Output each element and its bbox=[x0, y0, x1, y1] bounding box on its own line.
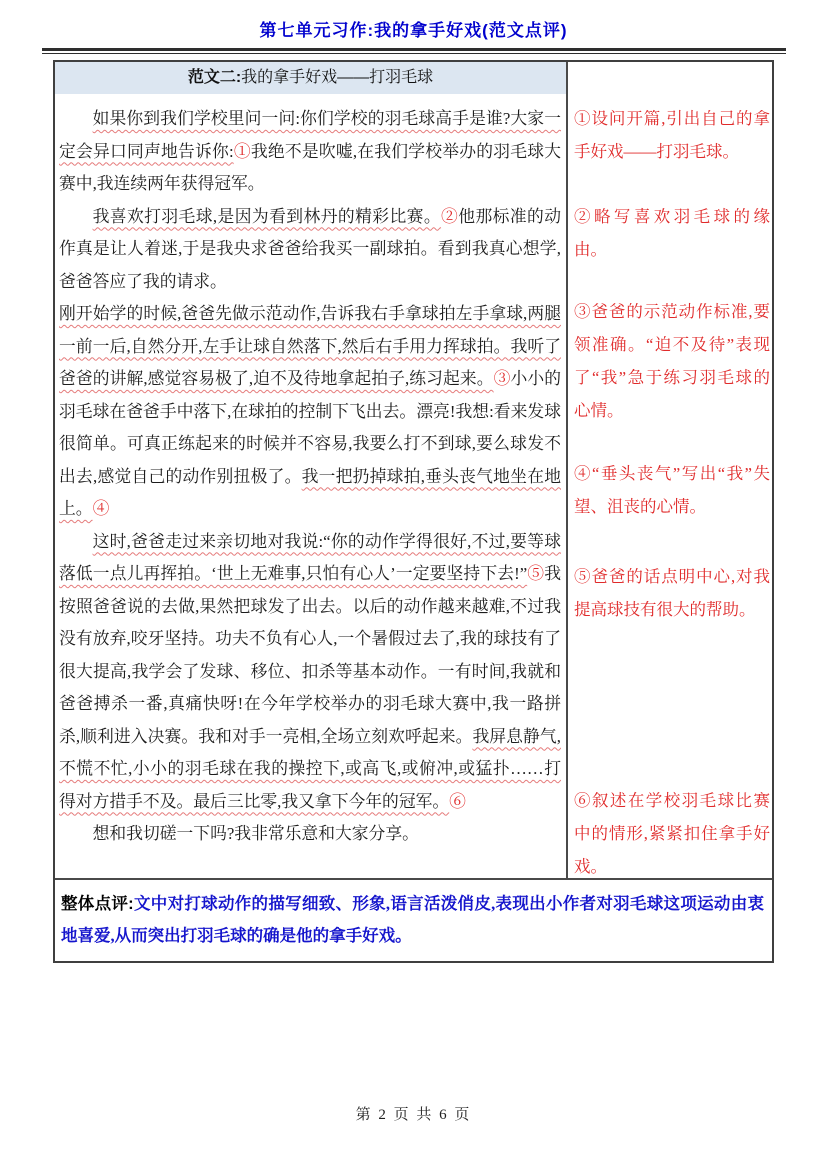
essay-title: 范文二:我的拿手好戏——打羽毛球 bbox=[55, 62, 566, 94]
essay-text: 我按照爸爸说的去做,果然把球发了出去。以后的动作越来越难,不过我没有放弃,咬牙坚… bbox=[59, 564, 561, 746]
essay-column: 范文二:我的拿手好戏——打羽毛球 如果你到我们学校里问一问:你们学校的羽毛球高手… bbox=[55, 62, 568, 878]
annotation-marker: ③ bbox=[494, 369, 511, 388]
overall-comment-label: 整体点评: bbox=[61, 895, 134, 913]
essay-paragraph: 这时,爸爸走过来亲切地对我说:“你的动作学得很好,不过,要等球落低一点儿再挥拍。… bbox=[59, 526, 561, 819]
annotation-note: ⑥叙述在学校羽毛球比赛中的情形,紧紧扣住拿手好戏。 bbox=[574, 784, 770, 883]
annotation-note: ①设问开篇,引出自己的拿手好戏——打羽毛球。 bbox=[574, 102, 770, 168]
annotation-marker: ② bbox=[441, 207, 458, 226]
essay-title-label: 范文二: bbox=[188, 69, 241, 86]
essay-body: 如果你到我们学校里问一问:你们学校的羽毛球高手是谁?大家一定会异口同声地告诉你:… bbox=[55, 94, 566, 878]
essay-paragraph: 想和我切磋一下吗?我非常乐意和大家分享。 bbox=[59, 818, 561, 851]
header-divider bbox=[42, 48, 786, 54]
underlined-sentence: 这时,爸爸走过来亲切地对我说:“你的动作学得很好,不过,要等球落低一点儿再挥拍。… bbox=[59, 532, 561, 584]
annotation-note: ⑤爸爸的话点明中心,对我提高球技有很大的帮助。 bbox=[574, 560, 770, 626]
essay-paragraph: 如果你到我们学校里问一问:你们学校的羽毛球高手是谁?大家一定会异口同声地告诉你:… bbox=[59, 103, 561, 201]
essay-paragraph: 我喜欢打羽毛球,是因为看到林丹的精彩比赛。②他那标准的动作真是让人着迷,于是我央… bbox=[59, 201, 561, 299]
annotation-marker: ⑥ bbox=[449, 792, 466, 811]
annotation-marker: ① bbox=[234, 142, 251, 161]
overall-comment-row: 整体点评:文中对打球动作的描写细致、形象,语言活泼俏皮,表现出小作者对羽毛球这项… bbox=[55, 878, 772, 961]
essay-text: 想和我切磋一下吗?我非常乐意和大家分享。 bbox=[93, 824, 419, 843]
annotation-note: ③爸爸的示范动作标准,要领准确。“迫不及待”表现了“我”急于练习羽毛球的心情。 bbox=[574, 295, 770, 427]
table-main-area: 范文二:我的拿手好戏——打羽毛球 如果你到我们学校里问一问:你们学校的羽毛球高手… bbox=[55, 62, 772, 878]
essay-title-text: 我的拿手好戏——打羽毛球 bbox=[241, 69, 433, 86]
annotation-marker: ④ bbox=[93, 499, 110, 518]
page-number: 第 2 页 共 6 页 bbox=[0, 1103, 827, 1124]
annotation-column: ①设问开篇,引出自己的拿手好戏——打羽毛球。②略写喜欢羽毛球的缘由。③爸爸的示范… bbox=[568, 62, 772, 878]
annotation-note: ②略写喜欢羽毛球的缘由。 bbox=[574, 200, 770, 266]
document-page: 第七单元习作:我的拿手好戏(范文点评) 范文二:我的拿手好戏——打羽毛球 如果你… bbox=[0, 0, 827, 1169]
review-table: 范文二:我的拿手好戏——打羽毛球 如果你到我们学校里问一问:你们学校的羽毛球高手… bbox=[53, 60, 774, 963]
annotation-note: ④“垂头丧气”写出“我”失望、沮丧的心情。 bbox=[574, 457, 770, 523]
underlined-sentence: 刚开始学的时候,爸爸先做示范动作,告诉我右手拿球拍左手拿球,两腿一前一后,自然分… bbox=[59, 304, 561, 388]
essay-paragraph: 刚开始学的时候,爸爸先做示范动作,告诉我右手拿球拍左手拿球,两腿一前一后,自然分… bbox=[59, 298, 561, 526]
annotation-marker: ⑤ bbox=[527, 564, 544, 583]
overall-comment-text: 文中对打球动作的描写细致、形象,语言活泼俏皮,表现出小作者对羽毛球这项运动由衷地… bbox=[61, 894, 764, 945]
page-title: 第七单元习作:我的拿手好戏(范文点评) bbox=[0, 0, 827, 41]
underlined-sentence: 我喜欢打羽毛球,是因为看到林丹的精彩比赛。 bbox=[93, 207, 441, 226]
